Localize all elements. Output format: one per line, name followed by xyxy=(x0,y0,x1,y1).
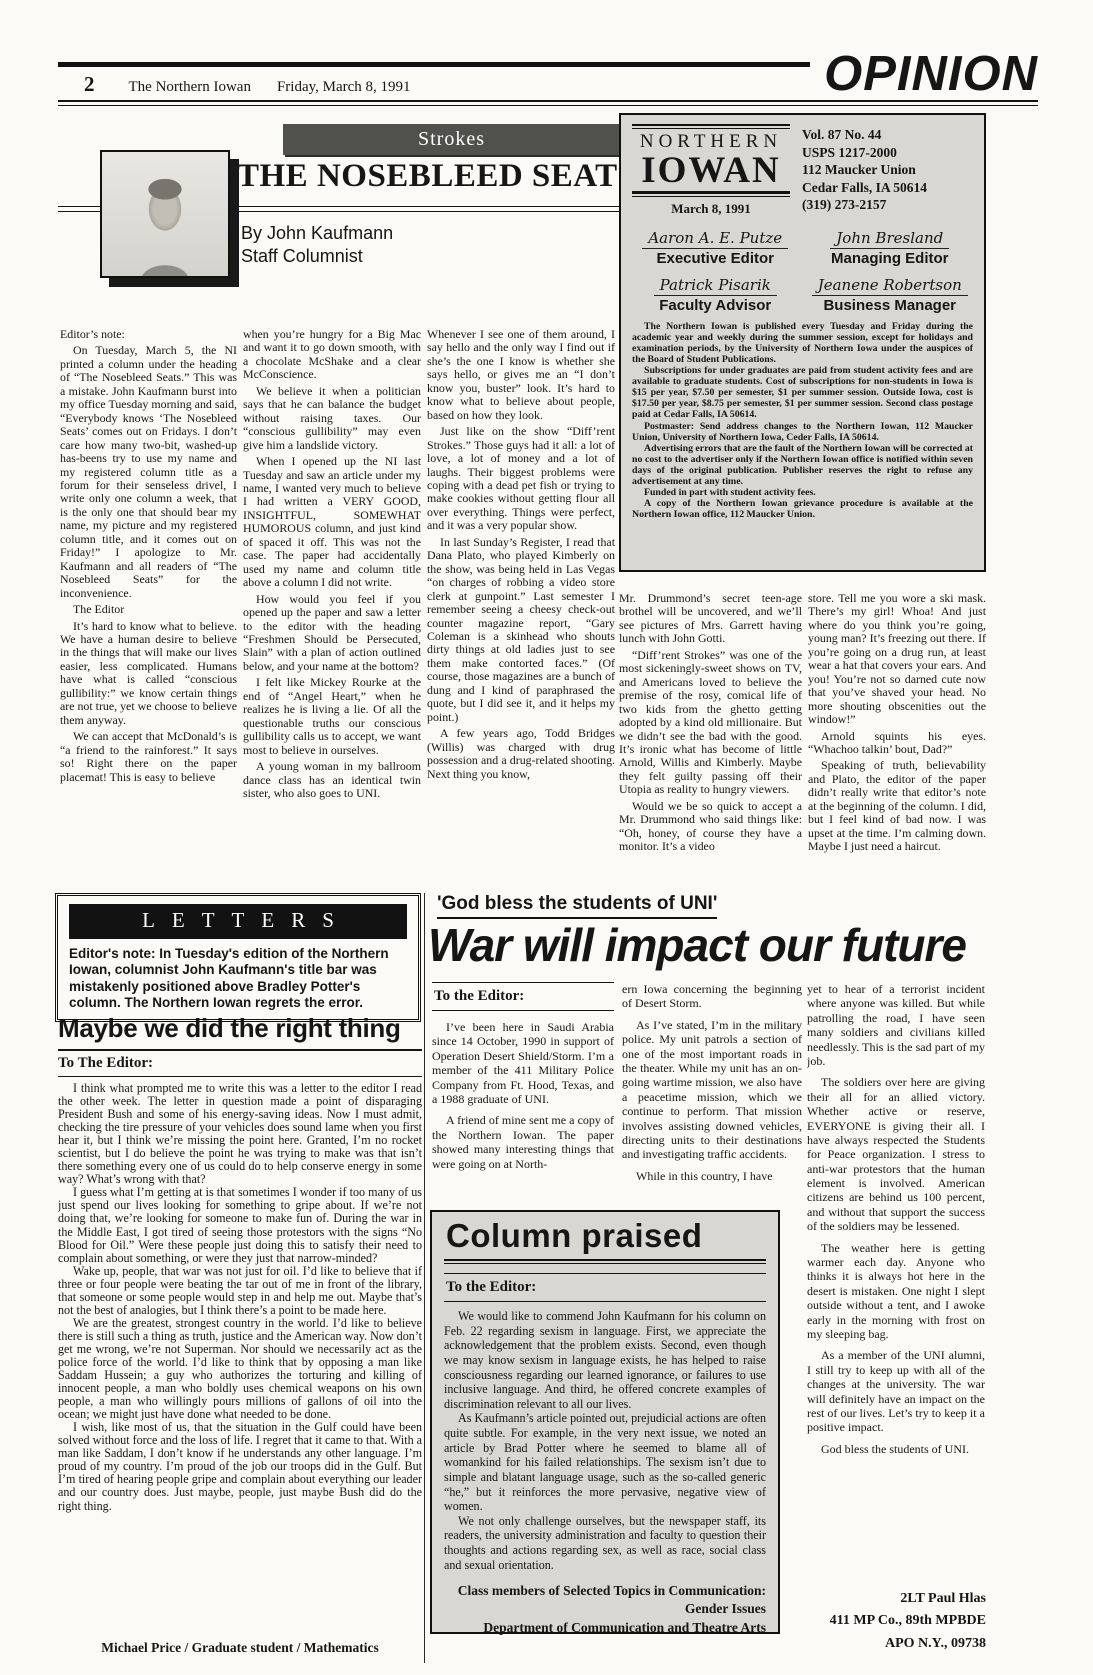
paragraph: While in this country, I have xyxy=(622,1169,802,1183)
staff-cell: Aaron A. E. Putze Executive Editor xyxy=(632,229,799,267)
paragraph: Cedar Falls, IA 50614 xyxy=(802,179,973,197)
letter-signature: Class members of Selected Topics in Comm… xyxy=(444,1582,766,1637)
kicker-text: 'God bless the students of UNI' xyxy=(437,893,717,919)
paragraph: Postmaster: Send address changes to the … xyxy=(632,421,973,443)
staff-title: Executive Editor xyxy=(632,250,799,267)
paragraph: I guess what I’m getting at is that some… xyxy=(58,1186,422,1264)
letter-body: We would like to commend John Kaufmann f… xyxy=(444,1309,766,1572)
paragraph: Wake up, people, that war was not just f… xyxy=(58,1265,422,1317)
signature-line: Class members of Selected Topics in Comm… xyxy=(444,1582,766,1600)
staff-name: Jeanene Robertson xyxy=(812,276,968,296)
signature-line: APO N.Y., 09738 xyxy=(790,1633,986,1655)
signature-line: Gender Issues xyxy=(444,1600,766,1618)
paragraph: The weather here is getting warmer each … xyxy=(807,1241,985,1342)
byline-author: By John Kaufmann xyxy=(241,222,393,245)
masthead-fine-print: The Northern Iowan is published every Tu… xyxy=(632,321,973,559)
letter-signature: Michael Price / Graduate student / Mathe… xyxy=(58,1640,422,1656)
header-bottom-rule xyxy=(58,100,1038,106)
letter-salutation: To the Editor: xyxy=(432,982,614,1011)
paragraph: When I opened up the NI last Tuesday and… xyxy=(243,455,421,590)
letter-kicker: 'God bless the students of UNI' xyxy=(437,893,717,919)
logo-line1: NORTHERN xyxy=(632,132,790,152)
paragraph: How would you feel if you opened up the … xyxy=(243,593,421,674)
paragraph: We would like to commend John Kaufmann f… xyxy=(444,1309,766,1411)
headline-rule xyxy=(444,1263,766,1264)
signature-line: 2LT Paul Hlas xyxy=(790,1588,986,1610)
staff-name: Patrick Pisarik xyxy=(654,276,777,296)
paragraph: As a member of the UNI alumni, I still t… xyxy=(807,1348,985,1434)
page-header: 2The Northern IowanFriday, March 8, 1991 xyxy=(84,72,411,97)
staff-cell: Patrick Pisarik Faculty Advisor xyxy=(632,276,799,314)
columnist-photo xyxy=(100,150,230,278)
paragraph: A few years ago, Todd Bridges (Willis) w… xyxy=(427,727,615,781)
paragraph: 112 Maucker Union xyxy=(802,161,973,179)
paragraph: Vol. 87 No. 44 xyxy=(802,126,973,144)
letter-salutation: To the Editor: xyxy=(444,1273,766,1302)
staff-title: Managing Editor xyxy=(807,250,974,267)
paragraph: Speaking of truth, believability and Pla… xyxy=(808,759,986,853)
paragraph: Just like on the show “Diff’rent Strokes… xyxy=(427,425,615,533)
staff-cell: John Bresland Managing Editor xyxy=(807,229,974,267)
letters-banner: LETTERS xyxy=(69,904,407,939)
article-column-2: when you’re hungry for a Big Mac and wan… xyxy=(243,328,421,882)
paragraph: As Kaufmann’s article pointed out, preju… xyxy=(444,1411,766,1513)
masthead-info: Vol. 87 No. 44USPS 1217-2000112 Maucker … xyxy=(802,124,973,217)
article-column-4: Mr. Drummond’s secret teen-age brothel w… xyxy=(619,592,802,882)
paragraph: I’ve been here in Saudi Arabia since 14 … xyxy=(432,1020,614,1106)
letter-signature: 2LT Paul Hlas 411 MP Co., 89th MPBDE APO… xyxy=(790,1588,986,1655)
staff-name: John Bresland xyxy=(830,229,949,249)
byline: By John Kaufmann Staff Columnist xyxy=(241,222,393,269)
masthead-date: March 8, 1991 xyxy=(632,201,790,217)
article-column-5: store. Tell me you wore a ski mask. Ther… xyxy=(808,592,986,882)
staff-cell: Jeanene Robertson Business Manager xyxy=(807,276,974,314)
paragraph: In last Sunday’s Register, I read that D… xyxy=(427,536,615,724)
war-letter-column-2: ern Iowa concerning the beginning of Des… xyxy=(622,982,802,1204)
section-title: OPINION xyxy=(824,50,1038,99)
column-divider-rule xyxy=(424,893,425,1663)
paragraph: We not only challenge ourselves, but the… xyxy=(444,1514,766,1573)
article-column-3: Whenever I see one of them around, I say… xyxy=(427,328,615,882)
paragraph: The soldiers over here are giving their … xyxy=(807,1075,985,1233)
letters-editors-note: Editor's note: In Tuesday's edition of t… xyxy=(69,946,407,1012)
staff-title: Faculty Advisor xyxy=(632,297,799,314)
paragraph: I think what prompted me to write this w… xyxy=(58,1082,422,1186)
paragraph: when you’re hungry for a Big Mac and wan… xyxy=(243,328,421,382)
paragraph: I wish, like most of us, that the situat… xyxy=(58,1421,422,1512)
masthead-staff: Aaron A. E. Putze Executive Editor John … xyxy=(632,229,973,314)
letter-body: I think what prompted me to write this w… xyxy=(58,1082,422,1634)
paragraph: Subscriptions for under graduates are pa… xyxy=(632,365,973,420)
paragraph: “Diff’rent Strokes” was one of the most … xyxy=(619,649,802,797)
masthead-top: NORTHERN IOWAN March 8, 1991 Vol. 87 No.… xyxy=(632,124,973,217)
signature-line: Department of Communication and Theatre … xyxy=(444,1619,766,1637)
paragraph: USPS 1217-2000 xyxy=(802,144,973,162)
column-title: THE NOSEBLEED SEATS xyxy=(237,158,637,195)
paragraph: Funded in part with student activity fee… xyxy=(632,487,973,498)
paragraph: Arnold squints his eyes. “Whachoo talkin… xyxy=(808,730,986,757)
paragraph: A friend of mine sent me a copy of the N… xyxy=(432,1113,614,1171)
paragraph: Would we be so quick to accept a Mr. Dru… xyxy=(619,800,802,854)
letter-headline: Maybe we did the right thing xyxy=(58,1013,401,1044)
masthead-logo: NORTHERN IOWAN March 8, 1991 xyxy=(632,124,790,217)
staff-name: Aaron A. E. Putze xyxy=(642,229,788,249)
paragraph: On Tuesday, March 5, the NI printed a co… xyxy=(60,344,237,600)
letters-box: LETTERS Editor's note: In Tuesday's edit… xyxy=(55,893,421,1022)
paragraph: God bless the students of UNI. xyxy=(807,1442,985,1456)
article-column-1: Editor’s note:On Tuesday, March 5, the N… xyxy=(60,328,237,882)
paragraph: (319) 273-2157 xyxy=(802,196,973,214)
paragraph: We believe it when a politician says tha… xyxy=(243,385,421,452)
header-top-rule xyxy=(58,62,810,67)
praised-letter-box: Column praised To the Editor: We would l… xyxy=(430,1210,780,1634)
paragraph: Mr. Drummond’s secret teen-age brothel w… xyxy=(619,592,802,646)
letter-headline: War will impact our future xyxy=(428,922,966,968)
paragraph: The Northern Iowan is published every Tu… xyxy=(632,321,973,365)
paragraph: We can accept that McDonald’s is “a frie… xyxy=(60,730,237,784)
newspaper-page: 2The Northern IowanFriday, March 8, 1991… xyxy=(0,0,1093,1675)
paragraph: I felt like Mickey Rourke at the end of … xyxy=(243,676,421,757)
war-letter-column-3: yet to hear of a terrorist incident wher… xyxy=(807,982,985,1482)
signature-line: 411 MP Co., 89th MPBDE xyxy=(790,1610,986,1632)
paragraph: We are the greatest, strongest country i… xyxy=(58,1317,422,1421)
byline-role: Staff Columnist xyxy=(241,245,393,268)
logo-rule xyxy=(632,124,790,129)
staff-title: Business Manager xyxy=(807,297,974,314)
paragraph: store. Tell me you wore a ski mask. Ther… xyxy=(808,592,986,727)
letter-headline: Column praised xyxy=(444,1212,766,1261)
war-letter-column-1: To the Editor: I’ve been here in Saudi A… xyxy=(432,982,614,1202)
letter-salutation: To The Editor: xyxy=(58,1049,422,1077)
paragraph: A young woman in my ballroom dance class… xyxy=(243,760,421,800)
masthead-box: NORTHERN IOWAN March 8, 1991 Vol. 87 No.… xyxy=(619,113,986,572)
page-number: 2 xyxy=(84,72,95,96)
paragraph: yet to hear of a terrorist incident wher… xyxy=(807,982,985,1068)
paragraph: It’s hard to know what to believe. We ha… xyxy=(60,620,237,728)
logo-rule xyxy=(632,191,790,197)
paper-name: The Northern Iowan xyxy=(129,79,251,95)
paragraph: Editor’s note: xyxy=(60,328,237,341)
paragraph: The Editor xyxy=(60,603,237,616)
paragraph: Whenever I see one of them around, I say… xyxy=(427,328,615,422)
paragraph: As I’ve stated, I’m in the military poli… xyxy=(622,1018,802,1162)
logo-line2: IOWAN xyxy=(632,152,790,189)
paragraph: A copy of the Northern Iowan grievance p… xyxy=(632,498,973,520)
strokes-banner: Strokes xyxy=(283,124,620,155)
paragraph: ern Iowa concerning the beginning of Des… xyxy=(622,982,802,1011)
letter-body: I’ve been here in Saudi Arabia since 14 … xyxy=(432,1020,614,1202)
paragraph: Advertising errors that are the fault of… xyxy=(632,443,973,487)
issue-date: Friday, March 8, 1991 xyxy=(277,79,411,95)
